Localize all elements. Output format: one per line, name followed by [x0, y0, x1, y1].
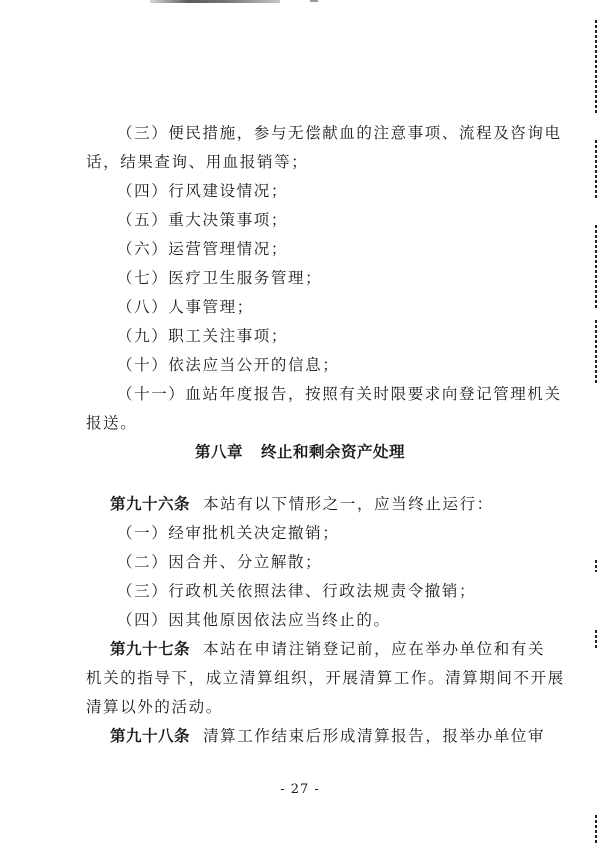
article-96: 第九十六条 本站有以下情形之一，应当终止运行：: [110, 494, 570, 514]
article-97: 第九十七条 本站在申请注销登记前，应在举办单位和有关: [110, 639, 570, 659]
list-item: （一）经审批机关决定撤销；: [117, 523, 577, 543]
chapter-title: 终止和剩余资产处理: [261, 443, 405, 461]
article-continuation: 清算以外的活动。: [86, 697, 546, 717]
list-item: （四）行风建设情况；: [117, 181, 577, 201]
chapter-number: 第八章: [195, 443, 243, 461]
list-item: （十一）血站年度报告，按照有关时限要求向登记管理机关: [117, 384, 577, 404]
list-item: （十）依法应当公开的信息；: [117, 355, 577, 375]
list-item: （八）人事管理；: [117, 297, 577, 317]
article-label: 第九十六条: [110, 495, 190, 513]
list-item: （三）行政机关依照法律、行政法规责令撤销；: [117, 581, 577, 601]
list-item: （六）运营管理情况；: [117, 239, 577, 259]
article-continuation: 机关的指导下，成立清算组织，开展清算工作。清算期间不开展: [86, 668, 546, 688]
article-text: 本站在申请注销登记前，应在举办单位和有关: [203, 640, 545, 658]
article-98: 第九十八条 清算工作结束后形成清算报告，报举办单位审: [110, 726, 570, 746]
list-item: （四）因其他原因依法应当终止的。: [117, 610, 577, 630]
article-text: 清算工作结束后形成清算报告，报举办单位审: [203, 727, 545, 745]
list-item: （五）重大决策事项；: [117, 210, 577, 230]
chapter-heading: 第八章终止和剩余资产处理: [0, 440, 600, 462]
list-item: （二）因合并、分立解散；: [117, 552, 577, 572]
document-page: （三）便民措施，参与无偿献血的注意事项、流程及咨询电 话，结果查询、用血报销等；…: [0, 0, 600, 850]
article-label: 第九十七条: [110, 640, 190, 658]
page-number: - 27 -: [0, 782, 600, 797]
list-item-continuation: 报送。: [86, 413, 546, 433]
list-item: （三）便民措施，参与无偿献血的注意事项、流程及咨询电: [117, 123, 577, 143]
article-label: 第九十八条: [110, 727, 190, 745]
list-item-continuation: 话，结果查询、用血报销等；: [86, 152, 546, 172]
article-text: 本站有以下情形之一，应当终止运行：: [203, 495, 494, 513]
list-item: （七）医疗卫生服务管理；: [117, 268, 577, 288]
list-item: （九）职工关注事项；: [117, 326, 577, 346]
